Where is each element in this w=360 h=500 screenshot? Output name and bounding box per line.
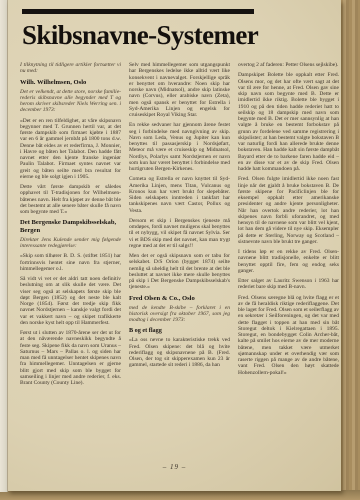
intro-note: I tilknytning til tidligere artikler for… xyxy=(20,62,121,75)
paragraph: En rekke sedvaner har gjennom årene fest… xyxy=(129,122,230,172)
page-edge xyxy=(0,0,8,492)
paragraph: med de kendte B-skibe – forklaret i en h… xyxy=(129,305,230,324)
paragraph: Men det er også skipsnavn som er tabu fo… xyxy=(129,253,230,291)
scan-background xyxy=(340,0,360,500)
column-1: I tilknytning til tidligere artikler for… xyxy=(20,62,121,390)
magazine-page: Skibsnavne-Systemer I tilknytning til ti… xyxy=(8,0,341,491)
paragraph: Etter salget av Lauritz Swenson i 1963 h… xyxy=(238,278,339,291)
column-3: overtog 2 af faderen: Petter Olsens sejl… xyxy=(238,62,339,390)
paragraph: I tidens løp er en rekke av Fred. Olsen-… xyxy=(238,249,339,274)
paragraph: overtog 2 af faderen: Petter Olsens sejl… xyxy=(238,62,339,68)
title-rule xyxy=(22,9,254,14)
paragraph: Selv med himmellegemer som utgangspunkt … xyxy=(129,62,230,118)
subheading-b-og-et-flagg: B og et flagg xyxy=(129,327,230,334)
page-title: Skibsnavne-Systemer xyxy=(22,20,332,50)
paragraph: Dette vårt første dampskib er således op… xyxy=(20,184,121,215)
paragraph: Fred. Olsen fulgte imidlertid ikke noen … xyxy=(238,176,339,245)
page-number: – 19 – xyxy=(8,463,341,471)
paragraph: Først ut i slutten av 1870-årene ser det… xyxy=(20,330,121,386)
paragraph: Cometa og Estrella er navn knyttet til S… xyxy=(129,176,230,214)
paragraph: «Skip som tilhører B. D. S. (stiftet 185… xyxy=(20,253,121,272)
paragraph: Det er velkendt, at dette store, norske … xyxy=(20,89,121,114)
column-2: Selv med himmellegemer som utgangspunkt … xyxy=(129,62,230,390)
paragraph: Fred. Olsens særegne blå og hvite flagg … xyxy=(238,295,339,376)
paragraph: Dersom et skip i Bergenskes tjeneste må … xyxy=(129,218,230,249)
paragraph: Dampskipet Bolette ble oppkalt etter Fre… xyxy=(238,72,339,172)
section-heading-bergenske: Det Bergenske Dampskibsselskab, Bergen xyxy=(20,219,121,233)
paragraph: Direktør Jens Kulende sender mig følgend… xyxy=(20,237,121,250)
paragraph: Så vidt vi vet er det aldri tatt noen de… xyxy=(20,276,121,326)
scan-shadow-bottom xyxy=(0,490,360,500)
page-content: Skibsnavne-Systemer I tilknytning til ti… xyxy=(20,9,332,390)
paragraph: «Det er en ren tilfeldighet, at våre ski… xyxy=(20,118,121,181)
section-heading-fred-olsen: Fred Olsen & Co., Oslo xyxy=(129,295,230,302)
section-heading-wilhelmsen: Wilh. Wilhelmsen, Oslo xyxy=(20,79,121,86)
text-columns: I tilknytning til tidligere artikler for… xyxy=(20,62,332,390)
paragraph: «La oss nevne to karakteristiske trekk v… xyxy=(129,337,230,368)
